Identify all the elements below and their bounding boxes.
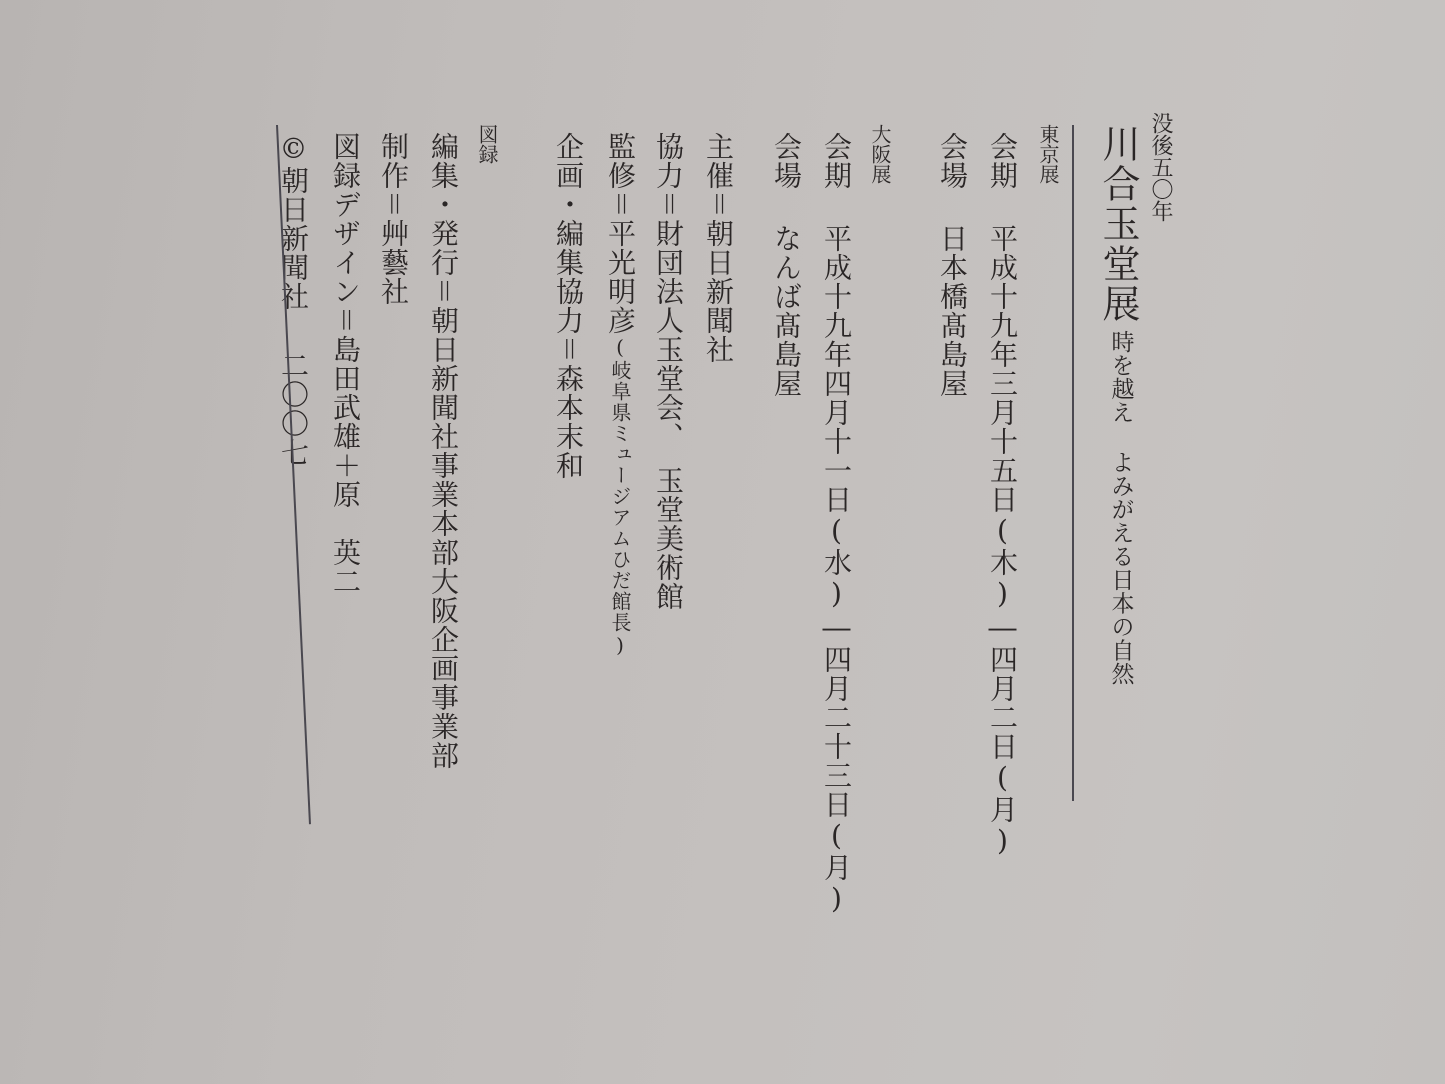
catalog-production: 制作＝艸藝社 [379, 132, 407, 306]
colophon-page: 没後五〇年 川合玉堂展 時を越え よみがえる日本の自然 東京展 会期平成十九年三… [0, 0, 1445, 1084]
credit-label: 主催 [702, 132, 735, 190]
copyright-year: 二〇〇七 [277, 351, 310, 467]
osaka-venue: 会場なんば髙島屋 [772, 132, 800, 398]
tokyo-period-label: 会期 [986, 132, 1019, 190]
credit-planning-editing: 企画・編集協力＝森本末和 [554, 132, 582, 480]
exhibition-tagline: 時を越え よみがえる日本の自然 [1109, 330, 1132, 686]
catalog-value: ＝島田武雄＋原 英二 [329, 306, 362, 596]
osaka-period-value: 平成十九年四月十一日(水)―四月二十三日(月) [820, 224, 853, 916]
divider-line-right [1072, 125, 1074, 801]
credit-value: ＝平光明彦 [604, 190, 637, 335]
credit-value: ＝財団法人玉堂会、 玉堂美術館 [652, 190, 685, 611]
credit-label: 監修 [604, 132, 637, 190]
osaka-period: 会期平成十九年四月十一日(水)―四月二十三日(月) [822, 132, 850, 916]
catalog-label: 編集・発行 [427, 132, 460, 277]
credit-cooperation: 協力＝財団法人玉堂会、 玉堂美術館 [654, 132, 682, 611]
credit-supervision: 監修＝平光明彦(岐阜県ミュージアムひだ館長) [606, 132, 634, 658]
credit-value: ＝森本末和 [552, 335, 585, 480]
osaka-venue-label: 会場 [770, 132, 803, 190]
credit-note: (岐阜県ミュージアムひだ館長) [608, 335, 632, 658]
osaka-venue-value: なんば髙島屋 [770, 224, 803, 398]
copyright-line: ©朝日新聞社二〇〇七 [279, 132, 307, 467]
catalog-editing-publishing: 編集・発行＝朝日新聞社事業本部大阪企画事業部 [429, 132, 457, 770]
tokyo-period: 会期平成十九年三月十五日(木)―四月二日(月) [988, 132, 1016, 858]
credit-label: 協力 [652, 132, 685, 190]
tokyo-venue-label: 会場 [936, 132, 969, 190]
catalog-heading: 図録 [477, 124, 497, 164]
tokyo-venue: 会場日本橋髙島屋 [938, 132, 966, 398]
osaka-heading: 大阪展 [870, 124, 890, 184]
catalog-value: ＝朝日新聞社事業本部大阪企画事業部 [427, 277, 460, 770]
exhibition-title: 川合玉堂展 [1099, 124, 1137, 324]
credit-organizer: 主催＝朝日新聞社 [704, 132, 732, 364]
tokyo-heading: 東京展 [1038, 124, 1058, 184]
anniversary-label: 没後五〇年 [1149, 112, 1171, 222]
catalog-label: 図録デザイン [329, 132, 362, 306]
osaka-period-label: 会期 [820, 132, 853, 190]
credit-label: 企画・編集協力 [552, 132, 585, 335]
tokyo-venue-value: 日本橋髙島屋 [936, 224, 969, 398]
catalog-design: 図録デザイン＝島田武雄＋原 英二 [331, 132, 359, 596]
tokyo-period-value: 平成十九年三月十五日(木)―四月二日(月) [986, 224, 1019, 858]
credit-value: ＝朝日新聞社 [702, 190, 735, 364]
catalog-value: ＝艸藝社 [377, 190, 410, 306]
catalog-label: 制作 [377, 132, 410, 190]
